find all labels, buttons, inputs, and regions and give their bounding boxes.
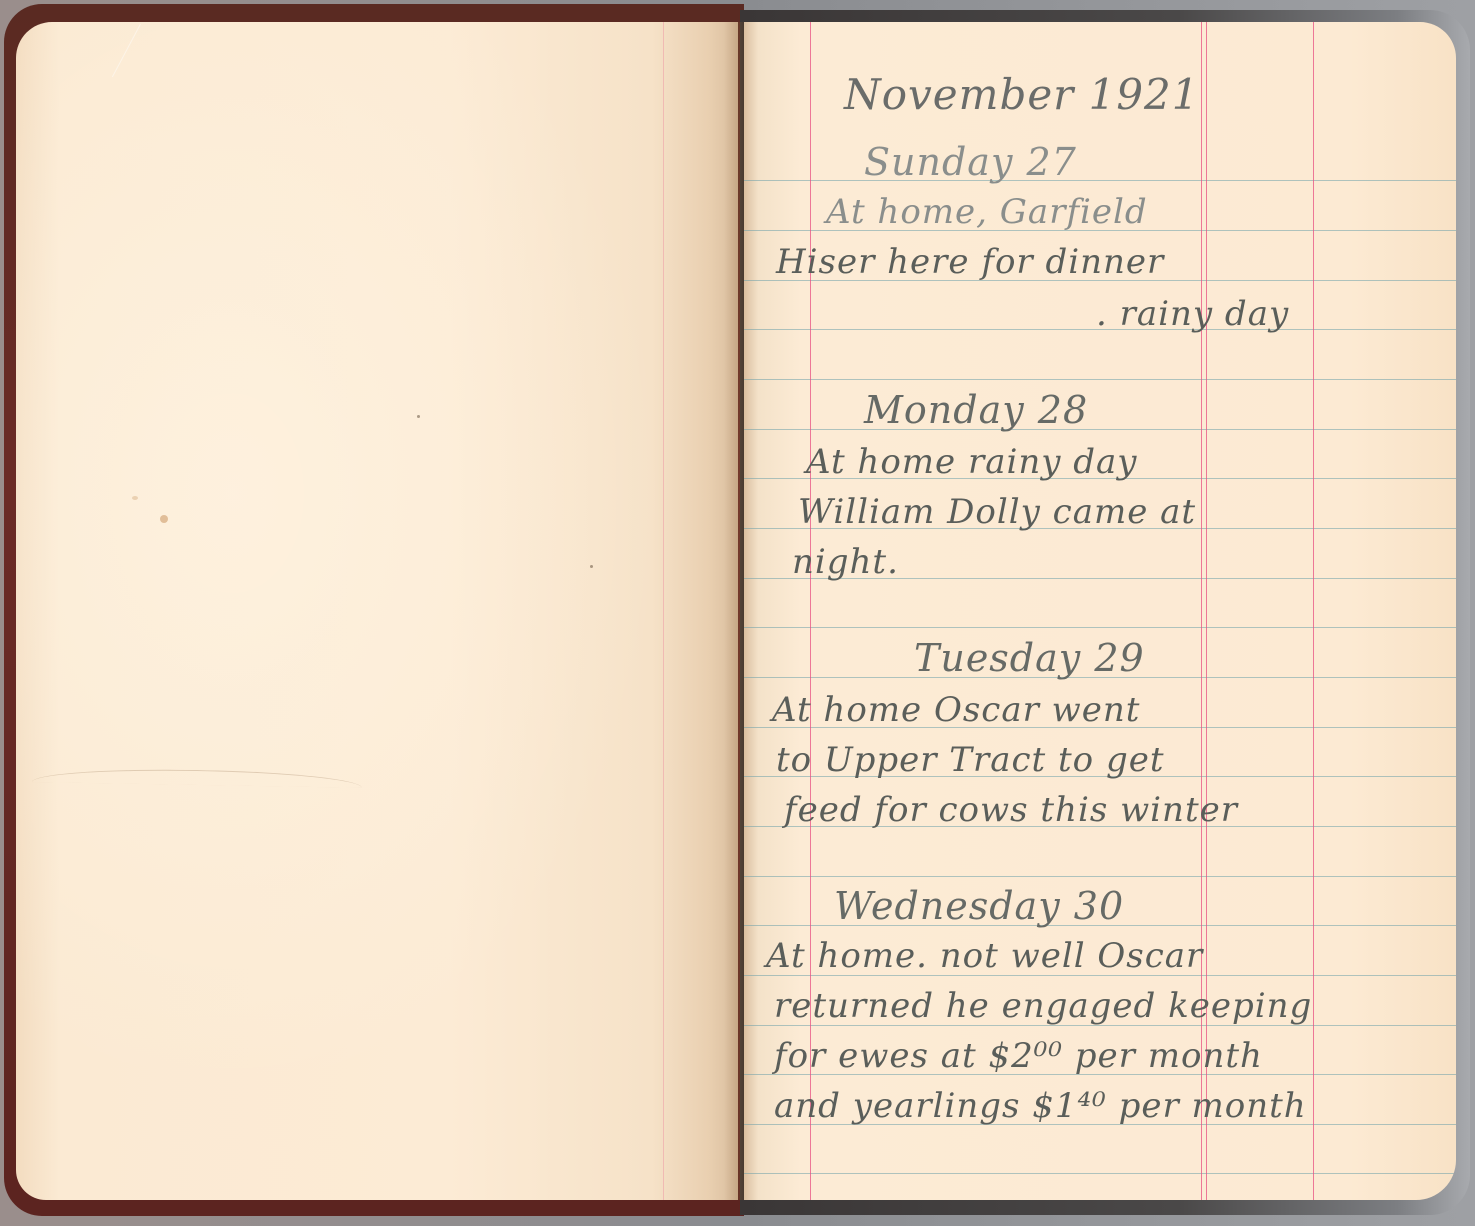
entry-line: . rainy day xyxy=(1096,294,1289,334)
rule-line xyxy=(744,180,1456,181)
entry-line: and yearlings $1⁴⁰ per month xyxy=(774,1086,1307,1126)
entry-line: William Dolly came at xyxy=(798,492,1196,532)
left-page xyxy=(16,22,738,1200)
entry-line: At home. not well Oscar xyxy=(766,936,1203,976)
entry-line: for ewes at $2⁰⁰ per month xyxy=(774,1036,1263,1076)
rule-line xyxy=(744,627,1456,628)
right-page: November 1921 Sunday 27 At home, Garfiel… xyxy=(744,22,1456,1200)
rule-line xyxy=(744,1173,1456,1174)
rule-line xyxy=(744,876,1456,877)
entry-line: night. xyxy=(792,542,899,582)
diary-scan: November 1921 Sunday 27 At home, Garfiel… xyxy=(0,0,1475,1226)
entry-line: At home Oscar went xyxy=(772,690,1140,730)
speck-mark xyxy=(417,415,420,418)
margin-line xyxy=(1313,22,1314,1200)
entry-line: returned he engaged keeping xyxy=(774,986,1312,1026)
entry-line: feed for cows this winter xyxy=(784,790,1238,830)
entry-line: At home, Garfield xyxy=(826,192,1148,232)
entry-line: At home rainy day xyxy=(806,442,1138,482)
stain-mark xyxy=(160,515,168,523)
speck-mark xyxy=(590,565,593,568)
rule-line xyxy=(744,379,1456,380)
rule-line xyxy=(744,429,1456,430)
stain-mark xyxy=(132,496,138,500)
entry-day-heading: Sunday 27 xyxy=(864,140,1077,184)
entry-line: to Upper Tract to get xyxy=(776,740,1165,780)
entry-line: Hiser here for dinner xyxy=(776,242,1164,282)
entry-day-heading: Monday 28 xyxy=(864,388,1088,432)
left-page-margin-line xyxy=(663,22,664,1200)
entry-day-heading: Tuesday 29 xyxy=(914,636,1145,680)
month-heading: November 1921 xyxy=(844,70,1200,119)
entry-day-heading: Wednesday 30 xyxy=(834,884,1124,928)
